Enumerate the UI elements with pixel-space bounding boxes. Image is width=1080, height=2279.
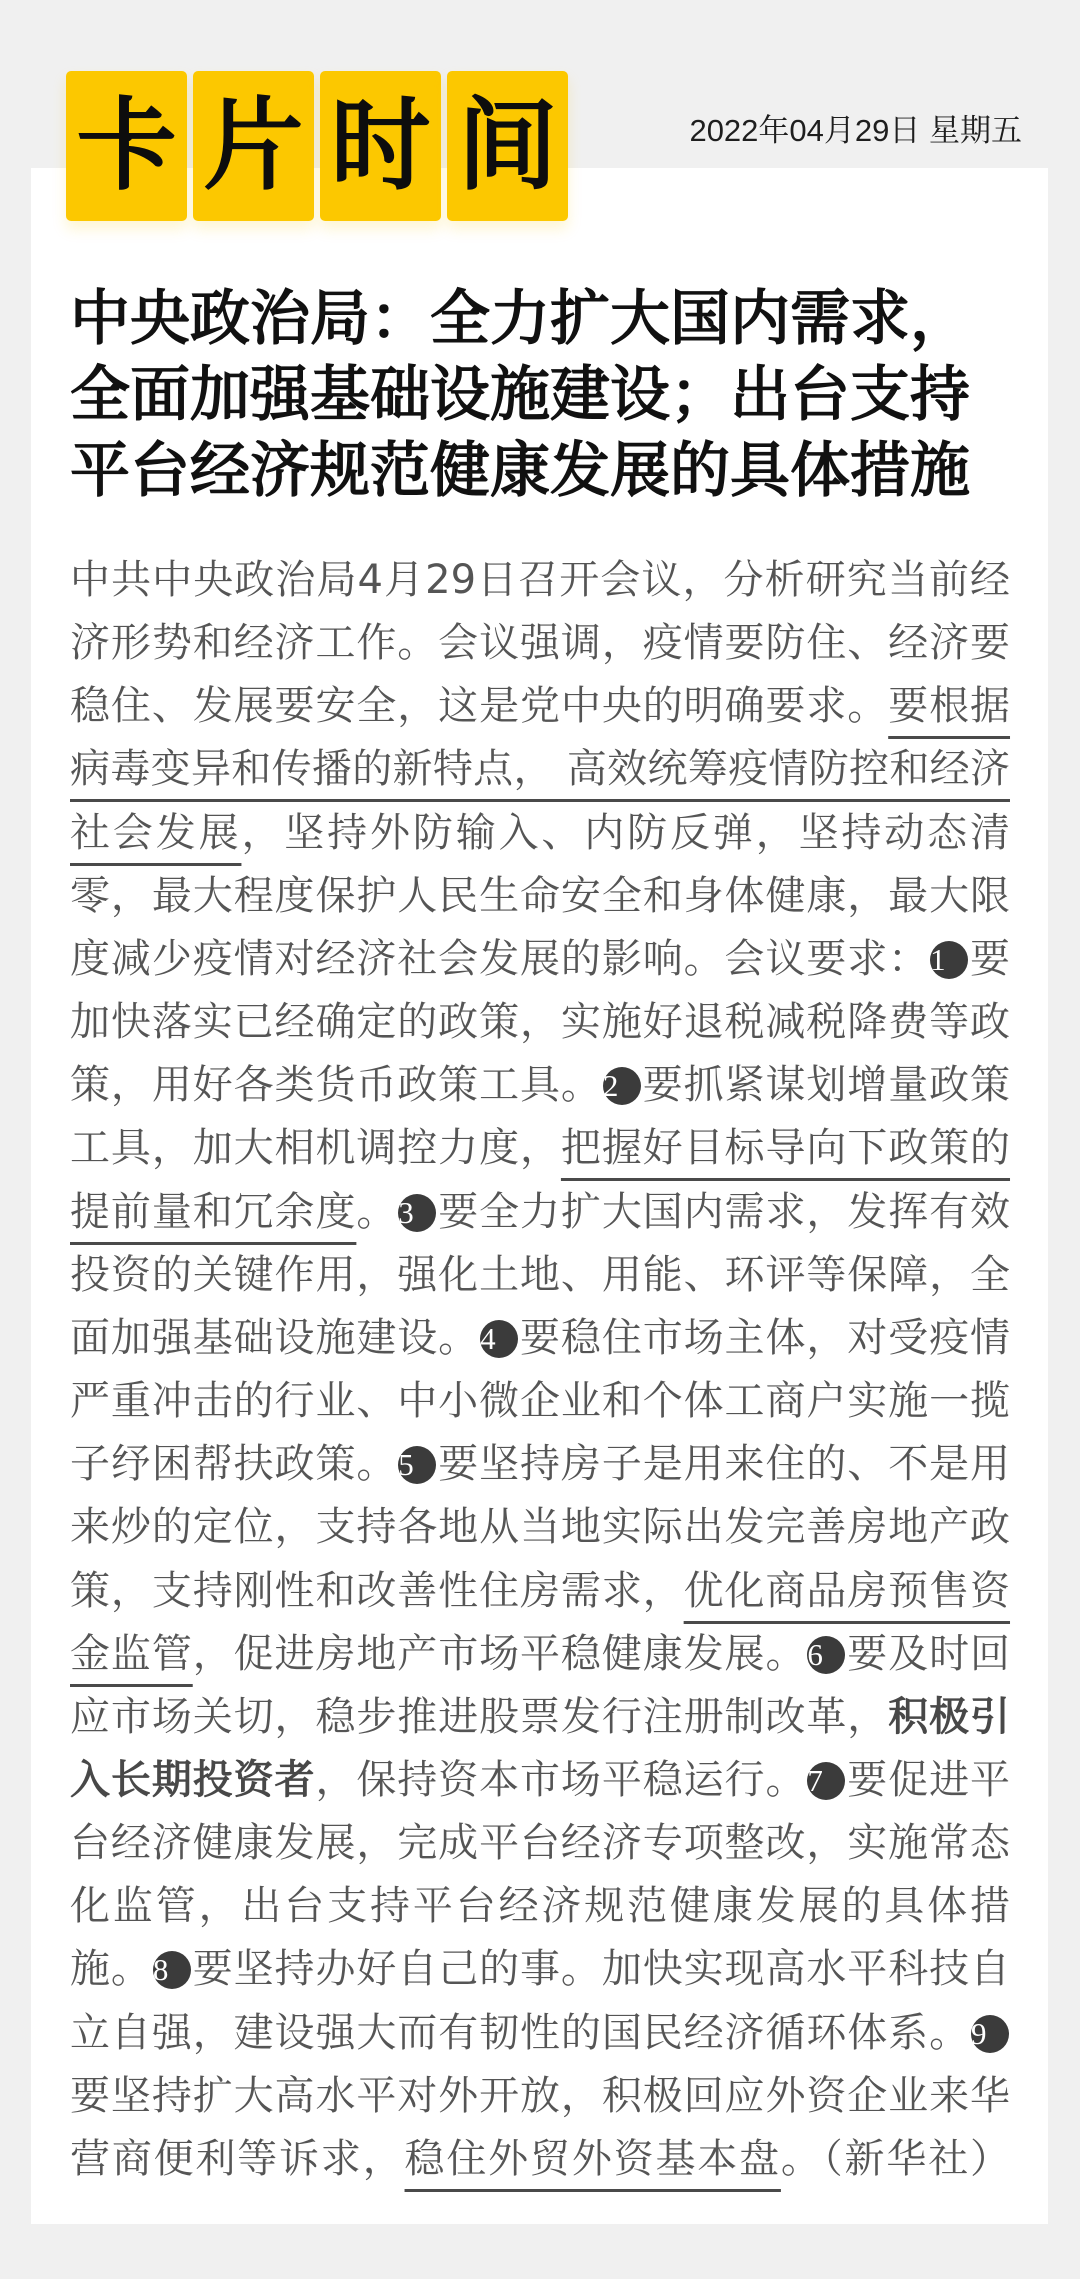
body-line: 度减少疫情对经济社会发展的影响。会议要求：1要: [70, 928, 1010, 991]
body-text: 施。: [70, 1946, 152, 1992]
circled-number-8-icon: 8: [153, 1951, 191, 1989]
body-line: 营商便利等诉求，稳住外贸外资基本盘。（新华社）: [70, 2128, 1010, 2191]
body-line: 要坚持扩大高水平对外开放，积极回应外资企业来华: [70, 2065, 1010, 2128]
circled-number-4-icon: 4: [480, 1320, 518, 1358]
body-text: 度减少疫情对经济社会发展的影响。会议要求：: [70, 936, 929, 982]
publish-date: 2022年04月29日 星期五: [689, 112, 1022, 150]
body-line: 施。8要坚持办好自己的事。加快实现高水平科技自: [70, 1938, 1010, 2001]
logo-tile: 片: [193, 71, 314, 221]
body-text: 工具，加大相机调控力度，: [70, 1125, 561, 1171]
circled-number-9-icon: 9: [971, 2015, 1009, 2053]
body-text: 要坚持扩大高水平对外开放，积极回应外资企业来华: [70, 2073, 1010, 2119]
title-line: 平台经济规范健康发展的具体措施: [70, 433, 1030, 509]
circled-number-1-icon: 1: [930, 941, 968, 979]
body-line: 病毒变异和传播的新特点， 高效统筹疫情防控和经济: [70, 738, 1010, 801]
body-text: 加快落实已经确定的政策，实施好退税减税降费等政: [70, 999, 1010, 1045]
body-line: 面加强基础设施建设。4要稳住市场主体，对受疫情: [70, 1307, 1010, 1370]
logo-tile: 时: [320, 71, 441, 221]
article-title: 中央政治局：全力扩大国内需求， 全面加强基础设施建设；出台支持 平台经济规范健康…: [70, 281, 1030, 509]
body-text: ，促进房地产市场平稳健康发展。: [193, 1631, 807, 1677]
body-text: 要及时回: [846, 1631, 1010, 1677]
body-text: 要: [969, 936, 1010, 982]
card-time-logo: 卡 片 时 间: [66, 71, 568, 221]
underlined-text: 把握好目标导向下政策的: [561, 1125, 1010, 1171]
body-text: 要坚持房子是用来住的、不是用: [437, 1441, 1010, 1487]
article-body: 中共中央政治局4月29日召开会议，分析研究当前经 济形势和经济工作。会议强调，疫…: [70, 549, 1010, 2191]
title-line: 全面加强基础设施建设；出台支持: [70, 357, 1030, 433]
circled-number-2-icon: 2: [603, 1067, 641, 1105]
body-line: 入长期投资者，保持资本市场平稳运行。7要促进平: [70, 1749, 1010, 1812]
circled-number-3-icon: 3: [398, 1194, 436, 1232]
body-text: 要全力扩大国内需求，发挥有效: [437, 1189, 1010, 1235]
body-text: 台经济健康发展，完成平台经济专项整改，实施常态: [70, 1820, 1010, 1866]
body-text: 。: [356, 1189, 397, 1235]
body-line: 济形势和经济工作。会议强调，疫情要防住、经济要: [70, 612, 1010, 675]
underlined-text: 优化商品房预售资: [684, 1568, 1010, 1614]
source-credit: 。（新华社）: [781, 2136, 1010, 2182]
body-line: 稳住、发展要安全，这是党中央的明确要求。要根据: [70, 675, 1010, 738]
body-text: 要稳住市场主体，对受疫情: [519, 1315, 1010, 1361]
body-text: 零，最大程度保护人民生命安全和身体健康，最大限: [70, 873, 1010, 919]
body-line: 台经济健康发展，完成平台经济专项整改，实施常态: [70, 1812, 1010, 1875]
body-line: 社会发展，坚持外防输入、内防反弹，坚持动态清: [70, 802, 1010, 865]
body-text: 要抓紧谋划增量政策: [642, 1062, 1010, 1108]
body-text: 应市场关切，稳步推进股票发行注册制改革，: [70, 1694, 888, 1740]
body-text: 策，支持刚性和改善性住房需求，: [70, 1568, 684, 1614]
circled-number-5-icon: 5: [398, 1446, 436, 1484]
body-line: 中共中央政治局4月29日召开会议，分析研究当前经: [70, 549, 1010, 612]
body-line: 策，用好各类货币政策工具。2要抓紧谋划增量政策: [70, 1054, 1010, 1117]
circled-number-6-icon: 6: [807, 1636, 845, 1674]
body-line: 子纾困帮扶政策。5要坚持房子是用来住的、不是用: [70, 1433, 1010, 1496]
body-text: 策，用好各类货币政策工具。: [70, 1062, 602, 1108]
underlined-text: 提前量和冗余度: [70, 1189, 356, 1235]
logo-tile: 卡: [66, 71, 187, 221]
logo-tile: 间: [447, 71, 568, 221]
body-line: 零，最大程度保护人民生命安全和身体健康，最大限: [70, 865, 1010, 928]
body-line: 金监管，促进房地产市场平稳健康发展。6要及时回: [70, 1623, 1010, 1686]
body-text: 来炒的定位，支持各地从当地实际出发完善房地产政: [70, 1504, 1010, 1550]
body-text: 要坚持办好自己的事。加快实现高水平科技自: [192, 1946, 1010, 1992]
bold-text: 积极引: [888, 1694, 1010, 1740]
bold-text: 入长期投资者: [70, 1757, 315, 1803]
body-text: 要促进平: [846, 1757, 1010, 1803]
body-text: 营商便利等诉求，: [70, 2136, 405, 2182]
underlined-text: 稳住外贸外资基本盘: [405, 2136, 781, 2182]
body-text: ，坚持外防输入、内防反弹，坚持动态清: [241, 810, 1010, 856]
body-text: 化监管，出台支持平台经济规范健康发展的具体措: [70, 1883, 1010, 1929]
body-text: 严重冲击的行业、中小微企业和个体工商户实施一揽: [70, 1378, 1010, 1424]
underlined-text: 社会发展: [70, 810, 241, 856]
body-line: 加快落实已经确定的政策，实施好退税减税降费等政: [70, 991, 1010, 1054]
body-text: 中共中央政治局4月29日召开会议，分析研究当前经: [70, 557, 1010, 603]
circled-number-7-icon: 7: [807, 1762, 845, 1800]
body-line: 严重冲击的行业、中小微企业和个体工商户实施一揽: [70, 1370, 1010, 1433]
body-text: ，保持资本市场平稳运行。: [315, 1757, 806, 1803]
body-text: 投资的关键作用，强化土地、用能、环评等保障，全: [70, 1252, 1010, 1298]
underlined-text: 要根据: [888, 683, 1010, 729]
underlined-text: 病毒变异和传播的新特点， 高效统筹疫情防控和经济: [70, 746, 1010, 792]
body-line: 应市场关切，稳步推进股票发行注册制改革，积极引: [70, 1686, 1010, 1749]
body-line: 投资的关键作用，强化土地、用能、环评等保障，全: [70, 1244, 1010, 1307]
body-line: 提前量和冗余度。3要全力扩大国内需求，发挥有效: [70, 1181, 1010, 1244]
body-text: 子纾困帮扶政策。: [70, 1441, 397, 1487]
body-line: 工具，加大相机调控力度，把握好目标导向下政策的: [70, 1117, 1010, 1180]
body-line: 立自强，建设强大而有韧性的国民经济循环体系。9: [70, 2002, 1010, 2065]
body-line: 化监管，出台支持平台经济规范健康发展的具体措: [70, 1875, 1010, 1938]
body-text: 济形势和经济工作。会议强调，疫情要防住、经济要: [70, 620, 1010, 666]
body-text: 立自强，建设强大而有韧性的国民经济循环体系。: [70, 2010, 970, 2056]
body-line: 策，支持刚性和改善性住房需求，优化商品房预售资: [70, 1560, 1010, 1623]
body-line: 来炒的定位，支持各地从当地实际出发完善房地产政: [70, 1496, 1010, 1559]
body-text: 稳住、发展要安全，这是党中央的明确要求。: [70, 683, 888, 729]
body-text: 面加强基础设施建设。: [70, 1315, 479, 1361]
title-line: 中央政治局：全力扩大国内需求，: [70, 281, 1030, 357]
underlined-text: 金监管: [70, 1631, 193, 1677]
